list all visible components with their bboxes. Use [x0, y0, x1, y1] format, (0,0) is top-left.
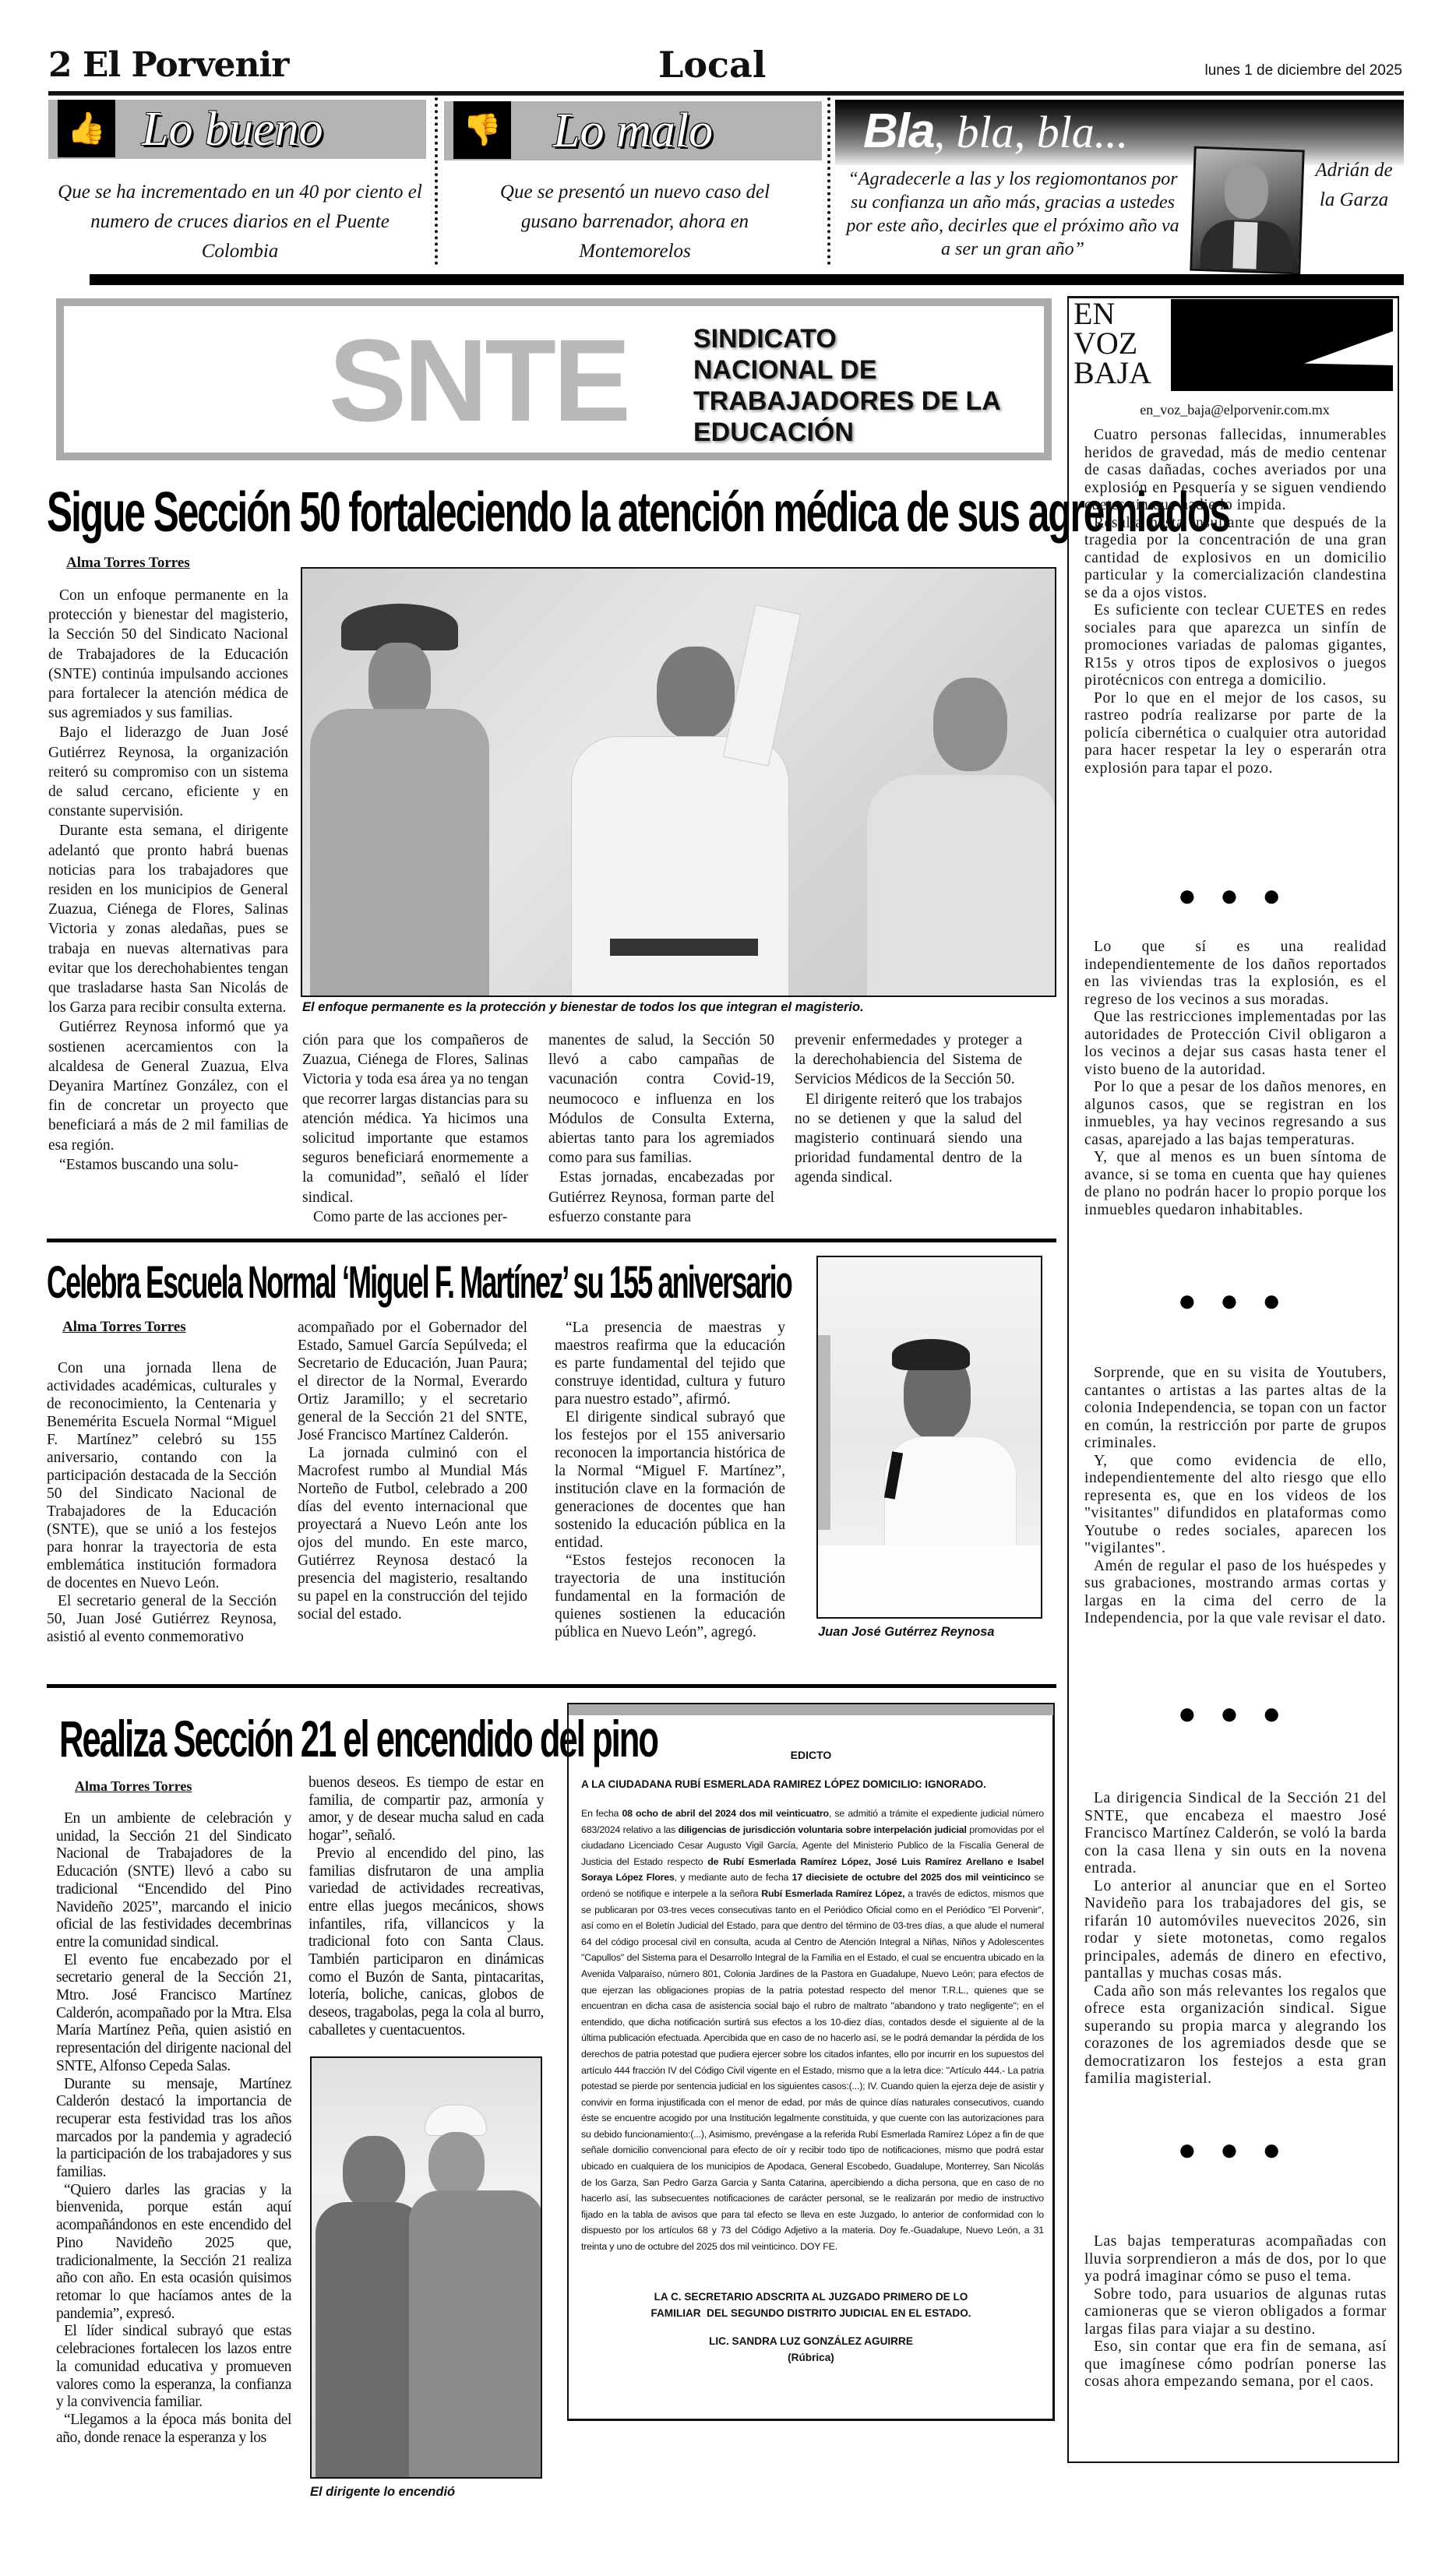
- edicto-signature-name: LIC. SANDRA LUZ GONZÁLEZ AGUIRRE (Rúbric…: [567, 2333, 1055, 2366]
- speaker-hair: [892, 1339, 970, 1370]
- article-2-caption: Juan José Gutérrez Reynosa: [818, 1625, 995, 1640]
- article-1-photo: [301, 567, 1056, 997]
- paragraph: Cada año son más relevantes los regalos …: [1084, 1983, 1387, 2088]
- paragraph: Cuatro personas fallecidas, innumerables…: [1084, 427, 1387, 515]
- article-1-headline: Sigue Sección 50 fortaleciendo la atenci…: [47, 475, 1229, 550]
- en-voz-baja-label: EN VOZ BAJA: [1074, 299, 1151, 388]
- lo-bueno-banner: 👍 Lo bueno: [48, 100, 426, 159]
- person-center-body: [571, 736, 789, 997]
- person-center-belt: [610, 939, 758, 956]
- snte-logo: SNTE: [329, 314, 628, 446]
- top-strip-bottom-bar: [90, 274, 1404, 285]
- paragraph: “La presencia de maestras y maestros rea…: [555, 1319, 785, 1408]
- person-right-body: [867, 775, 1056, 997]
- article-3-photo: [310, 2056, 542, 2479]
- en-voz-baja-header: EN VOZ BAJA: [1074, 299, 1393, 391]
- elf-face: [428, 2132, 485, 2198]
- signature-office-line: FAMILIAR DEL SEGUNDO DISTRITO JUDICIAL E…: [567, 2305, 1055, 2321]
- lo-malo-text: Que se presentó un nuevo caso del gusano…: [475, 178, 795, 266]
- paragraph: Eso, sin contar que era fin de semana, a…: [1084, 2338, 1387, 2391]
- speaker-face: [1224, 164, 1269, 220]
- en-voz-baja-block-4: La dirigencia Sindical de la Sección 21 …: [1084, 1790, 1387, 2088]
- paragraph: Por lo que en el mejor de los casos, su …: [1084, 690, 1387, 778]
- person-left-body: [310, 709, 489, 997]
- leader-face: [343, 2136, 405, 2210]
- separator-dots: ● ● ●: [1067, 1285, 1399, 1316]
- lo-bueno-title: Lo bueno: [142, 101, 323, 157]
- edicto-signature-office: LA C. SECRETARIO ADSCRITA AL JUZGADO PRI…: [567, 2289, 1055, 2321]
- paragraph: Sorprende, que en su visita de Youtubers…: [1084, 1365, 1387, 1453]
- article-2-headline: Celebra Escuela Normal ‘Miguel F. Martín…: [47, 1250, 791, 1316]
- table: [818, 1545, 1042, 1619]
- paragraph: Y, que como evidencia de ello, independi…: [1084, 1453, 1387, 1558]
- bla-title-bold: Bla: [863, 104, 933, 158]
- separator-dots: ● ● ●: [1067, 2134, 1399, 2165]
- edicto-emphasis: Rubí Esmerlada Ramírez López,: [761, 1888, 904, 1899]
- article-2-column-1: Con una jornada llena de actividades aca…: [47, 1359, 277, 1646]
- paragraph: “Quiero darles las gracias y la bienveni…: [56, 2182, 291, 2324]
- paragraph: Estas jornadas, encabezadas por Gutiérre…: [548, 1168, 774, 1227]
- paragraph: Es suficiente con teclear CUETES en rede…: [1084, 602, 1387, 690]
- label-line: VOZ: [1074, 329, 1151, 358]
- lo-bueno-text: Que se ha incrementado en un 40 por cien…: [50, 178, 430, 266]
- paragraph: ción para que los compañeros de Zuazua, …: [302, 1031, 528, 1207]
- article-3-column-1: En un ambiente de celebración y unidad, …: [56, 1810, 291, 2447]
- person-right-face: [933, 678, 1007, 771]
- paragraph: La jornada culminó con el Macrofest rumb…: [298, 1444, 527, 1623]
- edicto-body: En fecha 08 ocho de abril del 2024 dos m…: [581, 1806, 1044, 2255]
- paragraph: Y, que al menos es un buen síntoma de av…: [1084, 1149, 1387, 1219]
- thumbs-down-icon: 👎: [453, 101, 511, 159]
- article-1-column-2: ción para que los compañeros de Zuazua, …: [302, 1031, 528, 1227]
- paragraph: prevenir enfermedades y proteger a la de…: [795, 1031, 1022, 1090]
- paragraph: Lo que sí es una realidad independientem…: [1084, 939, 1387, 1009]
- paragraph: Con una jornada llena de actividades aca…: [47, 1359, 277, 1592]
- bla-title-rest: , bla, bla...: [933, 107, 1128, 157]
- speaker-shirt: [1232, 221, 1257, 269]
- paragraph: El secretario general de la Sección 50, …: [47, 1592, 277, 1646]
- issue-date: lunes 1 de diciembre del 2025: [1204, 62, 1402, 79]
- article-2-column-2: acompañado por el Gobernador del Estado,…: [298, 1319, 527, 1623]
- snte-full-name: SINDICATO NACIONAL DE TRABAJADORES DE LA…: [693, 323, 1001, 448]
- article-2-byline: Alma Torres Torres: [62, 1319, 186, 1336]
- paragraph: El evento fue encabezado por el secretar…: [56, 1952, 291, 2076]
- paragraph: El líder sindical subrayó que estas cele…: [56, 2323, 291, 2412]
- bla-quote: “Agradecerle a las y los regiomontanos p…: [841, 167, 1184, 261]
- separator-dots: ● ● ●: [1067, 1698, 1399, 1729]
- article-divider: [47, 1684, 1056, 1688]
- snte-banner: SNTE SINDICATO NACIONAL DE TRABAJADORES …: [56, 298, 1052, 460]
- paragraph: Lo anterior al anunciar que en el Sorteo…: [1084, 1878, 1387, 1983]
- paragraph: Gutiérrez Reynosa informó que ya sostien…: [48, 1017, 288, 1154]
- en-voz-baja-block-2: Lo que sí es una realidad independientem…: [1084, 939, 1387, 1219]
- article-2-photo: [816, 1256, 1042, 1619]
- page-number-and-paper-name: 2 El Porvenir: [48, 45, 288, 85]
- article-1-column-4: prevenir enfermedades y proteger a la de…: [795, 1031, 1022, 1188]
- column-divider: [435, 97, 438, 265]
- en-voz-baja-block-3: Sorprende, que en su visita de Youtubers…: [1084, 1365, 1387, 1628]
- santa-hat: [425, 2105, 487, 2136]
- edicto-emphasis: diligencias de jurisdicción voluntaria s…: [679, 1824, 967, 1835]
- paragraph: El dirigente reiteró que los trabajos no…: [795, 1090, 1022, 1188]
- snte-line: EDUCACIÓN: [693, 417, 1001, 448]
- signer-name: LIC. SANDRA LUZ GONZÁLEZ AGUIRRE: [567, 2333, 1055, 2349]
- lo-malo-banner: 👎 Lo malo: [444, 101, 822, 160]
- paragraph: Resulta hasta insultante que después de …: [1084, 515, 1387, 603]
- edicto-emphasis: 17 diecisiete de octubre del 2025 dos mi…: [792, 1872, 1031, 1883]
- edicto-text: En fecha: [581, 1808, 622, 1819]
- en-voz-baja-block-1: Cuatro personas fallecidas, innumerables…: [1084, 427, 1387, 777]
- paragraph: Como parte de las acciones per-: [302, 1207, 528, 1227]
- label-line: EN: [1074, 299, 1151, 329]
- paragraph: buenos deseos. Es tiempo de estar en fam…: [308, 1774, 544, 1845]
- megaphone-graphic-icon: [1171, 299, 1393, 391]
- column-divider: [827, 97, 830, 265]
- paragraph: La dirigencia Sindical de la Sección 21 …: [1084, 1790, 1387, 1878]
- edicto-emphasis: 08 ocho de abril del 2024 dos mil veinti…: [622, 1808, 829, 1819]
- edicto-title: EDICTO: [567, 1749, 1055, 1761]
- paragraph: “Estamos buscando una solu-: [48, 1155, 288, 1175]
- article-1-column-3: manentes de salud, la Sección 50 llevó a…: [548, 1031, 774, 1227]
- signature-note: (Rúbrica): [567, 2349, 1055, 2366]
- separator-dots: ● ● ●: [1067, 880, 1399, 911]
- paragraph: Durante esta semana, el dirigente adelan…: [48, 821, 288, 1017]
- label-line: BAJA: [1074, 358, 1151, 388]
- paragraph: Con un enfoque permanente en la protecci…: [48, 586, 288, 723]
- edicto-top-bar: [569, 1704, 1053, 1715]
- thumbs-up-icon: 👍: [58, 100, 115, 157]
- paragraph: Durante su mensaje, Martínez Calderón de…: [56, 2076, 291, 2182]
- person-left-edge: [818, 1335, 830, 1530]
- paragraph: Que las restricciones implementadas por …: [1084, 1009, 1387, 1079]
- edicto-addressee: A LA CIUDADANA RUBÍ ESMERLADA RAMIREZ LÓ…: [581, 1778, 1041, 1790]
- elf-costume: [409, 2190, 542, 2479]
- paragraph: Las bajas temperaturas acompañadas con l…: [1084, 2233, 1387, 2286]
- paragraph: Previo al encendido del pino, las famili…: [308, 1845, 544, 2040]
- paragraph: Amén de regular el paso de los huéspedes…: [1084, 1558, 1387, 1628]
- paragraph: Bajo el liderazgo de Juan José Gutiérrez…: [48, 723, 288, 821]
- edicto-text: a través de edictos, mismos que se publi…: [581, 1888, 1044, 2252]
- article-1-byline: Alma Torres Torres: [66, 555, 190, 572]
- person-center-face: [657, 647, 735, 740]
- snte-line: TRABAJADORES DE LA: [693, 386, 1001, 417]
- leader-body: [316, 2202, 425, 2479]
- paragraph: “Estos festejos reconocen la trayectoria…: [555, 1552, 785, 1641]
- article-divider: [47, 1239, 1056, 1242]
- paragraph: Por lo que a pesar de los daños menores,…: [1084, 1079, 1387, 1149]
- article-1-column-1: Con un enfoque permanente en la protecci…: [48, 586, 288, 1175]
- article-2-column-3: “La presencia de maestras y maestros rea…: [555, 1319, 785, 1641]
- lo-malo-title: Lo malo: [553, 103, 713, 159]
- paragraph: manentes de salud, la Sección 50 llevó a…: [548, 1031, 774, 1168]
- article-3-column-2: buenos deseos. Es tiempo de estar en fam…: [308, 1774, 544, 2040]
- signature-office-line: LA C. SECRETARIO ADSCRITA AL JUZGADO PRI…: [567, 2289, 1055, 2305]
- speaker-name: Adrián de la Garza: [1315, 156, 1393, 215]
- en-voz-baja-block-5: Las bajas temperaturas acompañadas con l…: [1084, 2233, 1387, 2391]
- article-1-caption: El enfoque permanente es la protección y…: [302, 1000, 864, 1015]
- paragraph: El dirigente sindical subrayó que los fe…: [555, 1408, 785, 1552]
- article-3-caption: El dirigente lo encendió: [310, 2485, 455, 2500]
- snte-line: SINDICATO: [693, 323, 1001, 354]
- bla-bla-bla-title: Bla, bla, bla...: [863, 101, 1128, 163]
- paragraph: Sobre todo, para usuarios de algunas rut…: [1084, 2286, 1387, 2339]
- paragraph: “Llegamos a la época más bonita del año,…: [56, 2412, 291, 2447]
- en-voz-baja-email[interactable]: en_voz_baja@elporvenir.com.mx: [1075, 402, 1394, 418]
- paragraph: acompañado por el Gobernador del Estado,…: [298, 1319, 527, 1444]
- section-name: Local: [658, 44, 766, 86]
- speaker-photo: [1190, 146, 1304, 275]
- masthead-rule: [48, 91, 1404, 96]
- paragraph: En un ambiente de celebración y unidad, …: [56, 1810, 291, 1952]
- edicto-text: , y mediante auto de fecha: [675, 1872, 792, 1883]
- snte-line: NACIONAL DE: [693, 354, 1001, 386]
- article-3-byline: Alma Torres Torres: [75, 1778, 192, 1795]
